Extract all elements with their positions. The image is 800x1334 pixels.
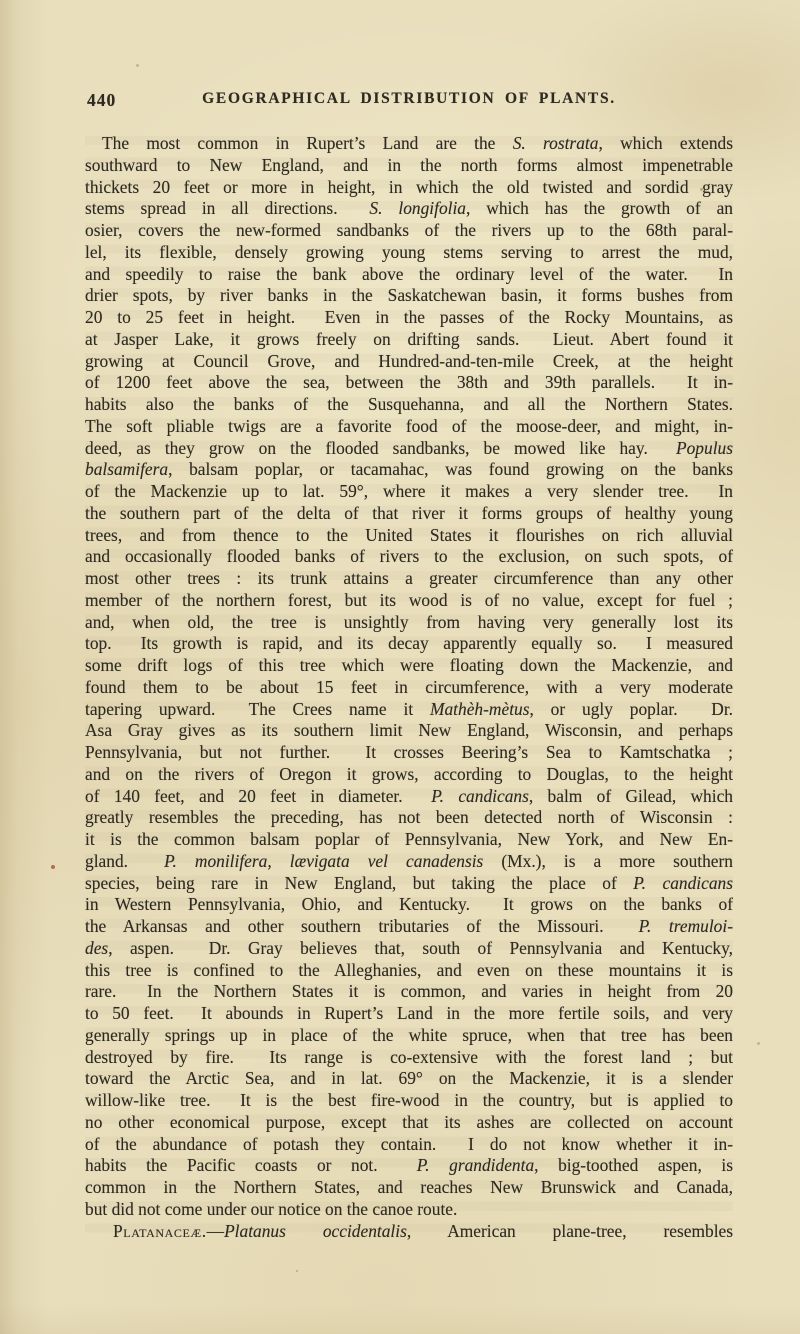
text-line: toward the Arctic Sea, and in lat. 69° o… xyxy=(85,1068,733,1090)
text-line: of 140 feet, and 20 feet in diameter. P.… xyxy=(85,786,733,808)
text-line: species, being rare in New England, but … xyxy=(85,873,733,895)
text-line: Platanaceæ.—Platanus occidentalis, Ameri… xyxy=(85,1221,733,1243)
text-line: thickets 20 feet or more in height, in w… xyxy=(85,177,733,199)
page-header: 440 GEOGRAPHICAL DISTRIBUTION OF PLANTS. xyxy=(85,90,733,110)
text-line: lel, its flexible, densely growing young… xyxy=(85,242,733,264)
text-line: habits also the banks of the Susquehanna… xyxy=(85,394,733,416)
text-line: generally springs up in place of the whi… xyxy=(85,1025,733,1047)
text-line: in Western Pennsylvania, Ohio, and Kentu… xyxy=(85,894,733,916)
text-line: growing at Council Grove, and Hundred-an… xyxy=(85,351,733,373)
text-line: The most common in Rupert’s Land are the… xyxy=(85,133,733,155)
paper-speck xyxy=(51,865,55,869)
text-line: at Jasper Lake, it grows freely on drift… xyxy=(85,329,733,351)
text-line: this tree is confined to the Alleghanies… xyxy=(85,960,733,982)
text-line: of the Mackenzie up to lat. 59°, where i… xyxy=(85,481,733,503)
text-line: and speedily to raise the bank above the… xyxy=(85,264,733,286)
text-line: stems spread in all directions. S. longi… xyxy=(85,198,733,220)
text-line: and, when old, the tree is unsightly fro… xyxy=(85,612,733,634)
text-line: the Arkansas and other southern tributar… xyxy=(85,916,733,938)
text-line: habits the Pacific coasts or not. P. gra… xyxy=(85,1155,733,1177)
running-title: GEOGRAPHICAL DISTRIBUTION OF PLANTS. xyxy=(85,90,733,108)
book-page: 440 GEOGRAPHICAL DISTRIBUTION OF PLANTS.… xyxy=(0,0,800,1334)
text-line: trees, and from thence to the United Sta… xyxy=(85,525,733,547)
text-line: common in the Northern States, and reach… xyxy=(85,1177,733,1199)
paper-speck xyxy=(296,1270,298,1272)
paper-speck xyxy=(136,64,139,67)
text-line: of the abundance of potash they contain.… xyxy=(85,1134,733,1156)
text-line: it is the common balsam poplar of Pennsy… xyxy=(85,829,733,851)
text-line: some drift logs of this tree which were … xyxy=(85,655,733,677)
text-line: osier, covers the new-formed sandbanks o… xyxy=(85,220,733,242)
text-line: The soft pliable twigs are a favorite fo… xyxy=(85,416,733,438)
text-line: the southern part of the delta of that r… xyxy=(85,503,733,525)
text-line: member of the northern forest, but its w… xyxy=(85,590,733,612)
text-line: drier spots, by river banks in the Saska… xyxy=(85,285,733,307)
page-number: 440 xyxy=(87,90,116,111)
page-body: The most common in Rupert’s Land are the… xyxy=(85,133,733,1242)
text-line: found them to be about 15 feet in circum… xyxy=(85,677,733,699)
text-line: greatly resembles the preceding, has not… xyxy=(85,807,733,829)
text-line: but did not come under our notice on the… xyxy=(85,1199,733,1221)
text-line: no other economical purpose, except that… xyxy=(85,1112,733,1134)
text-line: tapering upward. The Crees name it Mathè… xyxy=(85,699,733,721)
text-line: most other trees : its trunk attains a g… xyxy=(85,568,733,590)
text-line: destroyed by fire. Its range is co-exten… xyxy=(85,1047,733,1069)
paper-speck xyxy=(757,1042,760,1045)
text-line: to 50 feet. It abounds in Rupert’s Land … xyxy=(85,1003,733,1025)
text-line: balsamifera, balsam poplar, or tacamahac… xyxy=(85,459,733,481)
text-line: Asa Gray gives as its southern limit New… xyxy=(85,720,733,742)
text-line: willow-like tree. It is the best fire-wo… xyxy=(85,1090,733,1112)
text-line: top. Its growth is rapid, and its decay … xyxy=(85,633,733,655)
text-line: rare. In the Northern States it is commo… xyxy=(85,981,733,1003)
text-line: of 1200 feet above the sea, between the … xyxy=(85,372,733,394)
paragraph: Platanaceæ.—Platanus occidentalis, Ameri… xyxy=(85,1221,733,1243)
text-line: and occasionally flooded banks of rivers… xyxy=(85,546,733,568)
text-line: deed, as they grow on the flooded sandba… xyxy=(85,438,733,460)
text-line: and on the rivers of Oregon it grows, ac… xyxy=(85,764,733,786)
text-line: des, aspen. Dr. Gray believes that, sout… xyxy=(85,938,733,960)
text-line: southward to New England, and in the nor… xyxy=(85,155,733,177)
paragraph: The most common in Rupert’s Land are the… xyxy=(85,133,733,1221)
text-line: gland. P. monilifera, lævigata vel canad… xyxy=(85,851,733,873)
text-line: 20 to 25 feet in height. Even in the pas… xyxy=(85,307,733,329)
text-line: Pennsylvania, but not further. It crosse… xyxy=(85,742,733,764)
